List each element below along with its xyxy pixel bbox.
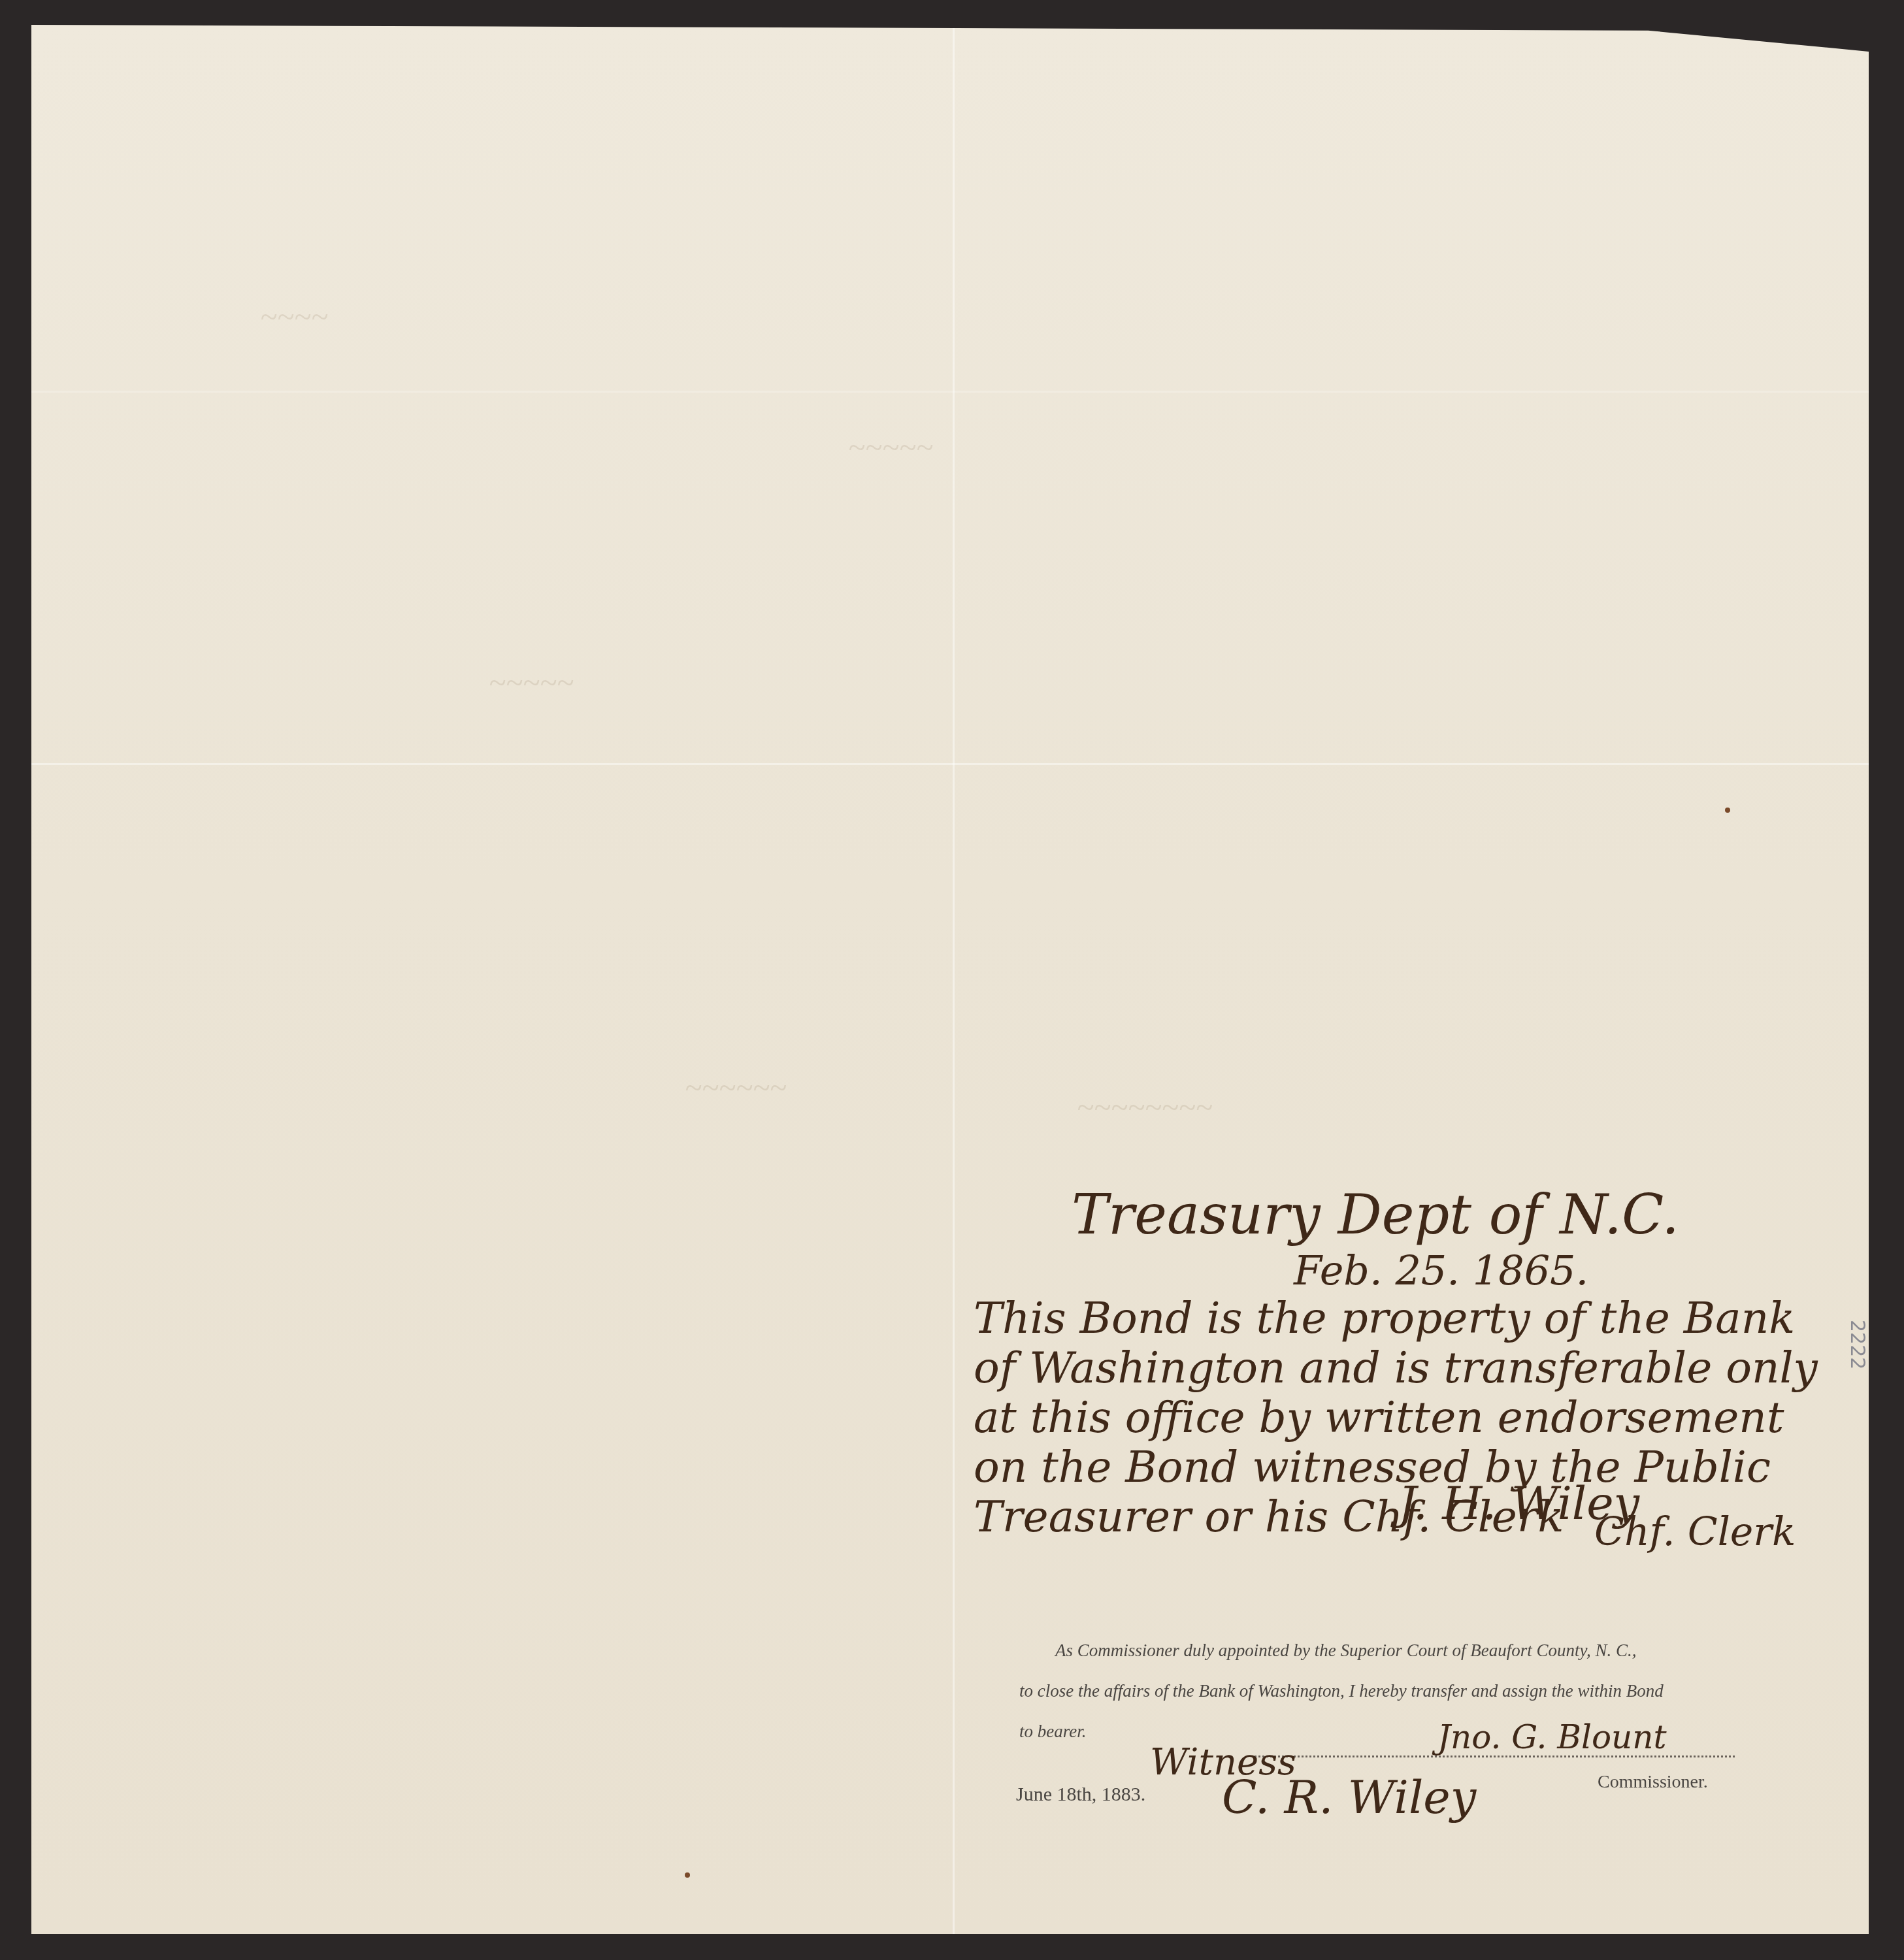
endorsement-line: This Bond is the property of the Bank: [974, 1294, 1818, 1343]
commissioner-signature: Jno. G. Blount: [1437, 1718, 1667, 1756]
signature-line: [1255, 1756, 1735, 1757]
assignment-line: to close the affairs of the Bank of Wash…: [1019, 1671, 1758, 1711]
vertical-fold: [953, 25, 955, 1934]
horizontal-fold: [31, 391, 1869, 393]
ink-spot: [1725, 808, 1730, 813]
bleed-through-text: ~~~~~: [489, 665, 574, 701]
endorsement-date: Feb. 25. 1865.: [1294, 1247, 1588, 1294]
bleed-through-text: ~~~~~~: [685, 1070, 787, 1106]
endorsement-line: on the Bond witnessed by the Public: [974, 1443, 1818, 1492]
endorsement-heading: Treasury Dept of N.C.: [1072, 1183, 1679, 1247]
bleed-through-text: ~~~~~: [848, 430, 933, 466]
ink-spot: [685, 1872, 690, 1878]
endorsement-body: This Bond is the property of the Bank of…: [974, 1294, 1818, 1542]
endorsement-line: of Washington and is transferable only: [974, 1343, 1818, 1393]
bleed-through-text: ~~~~~~~~: [1077, 1090, 1213, 1126]
bleed-through-text: ~~~~: [260, 299, 328, 335]
horizontal-fold: [31, 763, 1869, 765]
assignment-line: As Commissioner duly appointed by the Su…: [1019, 1630, 1758, 1671]
witness-signature: C. R. Wiley: [1222, 1771, 1476, 1824]
endorsement-line: at this office by written endorsement: [974, 1393, 1818, 1443]
assignment-date: June 18th, 1883.: [1016, 1784, 1145, 1806]
commissioner-label: Commissioner.: [1598, 1772, 1708, 1793]
endorsement-signature-title: Chf. Clerk: [1594, 1509, 1796, 1555]
margin-pencil-note: 2222: [1846, 1320, 1869, 1369]
